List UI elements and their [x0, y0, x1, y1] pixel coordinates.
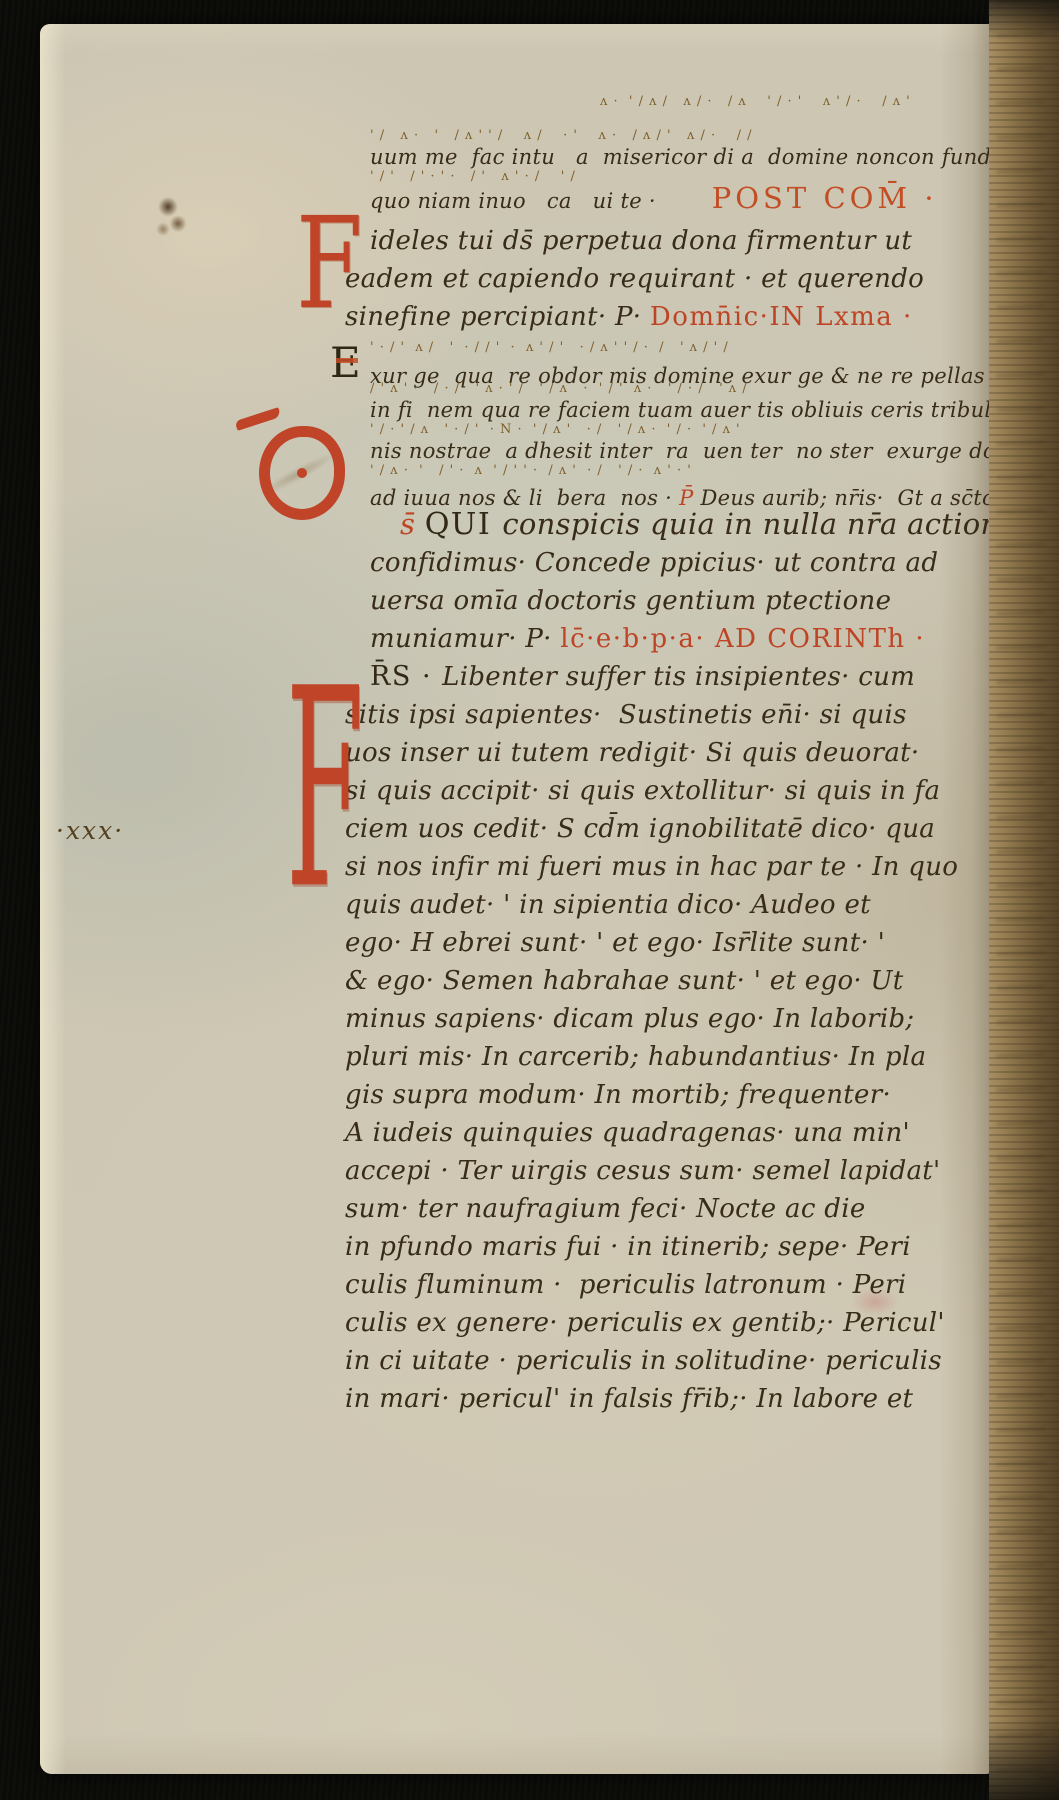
quire-mark: ·xxx· — [56, 816, 124, 845]
prose-line-10: s̄ QUI conspicis quia in nulla nr̄a acti… — [400, 504, 930, 544]
neume-row: / ' ʌ ' · / · / ' ʌ · ' / ' / ʌ · ' / ' … — [370, 381, 930, 398]
manuscript-text: sinefine percipiant· P· — [345, 302, 650, 332]
chant-line-7: / ' ʌ ' · / · / ' ʌ · ' / ' / ʌ · ' / ' … — [370, 381, 930, 422]
manuscript-text: quis audet· ' in sipientia dico· Audeo e… — [345, 890, 871, 920]
manuscript-text: & ego· Semen habrahae sunt· ' et ego· Ut — [345, 966, 903, 996]
manuscript-text: uersa omīa doctoris gentium ptectione — [370, 586, 891, 616]
prose-line-17: si quis accipit· si quis extollitur· si … — [345, 772, 930, 810]
prose-line-21: ego· H ebrei sunt· ' et ego· Isr̄lite su… — [345, 924, 930, 962]
neume-row: ' / ʌ · ' / ' · ʌ ' / ' ' · / ʌ ' · / ' … — [370, 463, 930, 480]
prose-line-5: sinefine percipiant· P· Domn̄ic·IN Lxma … — [345, 298, 930, 336]
manuscript-page: ʌ · ' / ʌ / ʌ / · / ʌ ' / · ' ʌ ' / · / … — [40, 24, 992, 1774]
line-text: ad iuua nos & li bera nos · P̄ Deus auri… — [370, 480, 930, 504]
chant-line-1: ' / ʌ · ' / ʌ ' ' / ʌ / · ' ʌ · / ʌ / ' … — [370, 128, 930, 169]
prose-line-16: uos inser ui tutem redigit· Si quis deuo… — [345, 734, 930, 772]
line-text: culis fluminum · periculis latronum · Pe… — [345, 1266, 930, 1304]
manuscript-text: gis supra modum· In mortib; frequenter· — [345, 1080, 891, 1110]
prose-line-20: quis audet· ' in sipientia dico· Audeo e… — [345, 886, 930, 924]
manuscript-text: in fi nem qua re faciem tuam auer tis ob… — [370, 398, 1033, 422]
prose-line-13: muniamur· P· lc̄·e·b·p·a· AD CORINTh · — [370, 620, 930, 658]
rubric-dominica-in-sexagesima: Domn̄ic·IN Lxma · — [650, 302, 913, 332]
manuscript-text: nis nostrae a dhesit inter ra uen ter no… — [370, 439, 1050, 463]
neume-row: ' / · ' / ʌ ' · / ' · N · ' / ʌ ' · / ' … — [370, 422, 930, 439]
manuscript-text: in pfundo maris fui · in itinerib; sepe·… — [345, 1232, 911, 1262]
line-text: xur ge qua re obdor mis domine exur ge &… — [370, 357, 930, 381]
line-text: gis supra modum· In mortib; frequenter· — [345, 1076, 930, 1114]
prose-line-23: minus sapiens· dicam plus ego· In labori… — [345, 1000, 930, 1038]
rubric-post-communion: POST COM̄ · — [712, 181, 938, 215]
manuscript-text: sum· ter naufragium feci· Nocte ac die — [345, 1194, 866, 1224]
line-text: sinefine percipiant· P· Domn̄ic·IN Lxma … — [345, 298, 930, 336]
prose-line-24: pluri mis· In carcerib; habundantius· In… — [345, 1038, 930, 1076]
line-text: quis audet· ' in sipientia dico· Audeo e… — [345, 886, 930, 924]
manuscript-text: pluri mis· In carcerib; habundantius· In… — [345, 1042, 926, 1072]
line-text: si quis accipit· si quis extollitur· si … — [345, 772, 930, 810]
manuscript-text: quo niam inuo ca ui te · — [370, 189, 656, 213]
manuscript-text: accepi · Ter uirgis cesus sum· semel lap… — [345, 1156, 941, 1186]
manuscript-text: eadem et capiendo requirant · et querend… — [345, 264, 924, 294]
chant-line-9: ' / ʌ · ' / ' · ʌ ' / ' ' · / ʌ ' · / ' … — [370, 463, 930, 504]
line-text: uersa omīa doctoris gentium ptectione — [370, 582, 930, 620]
manuscript-text: conspicis quia in nulla nr̄a actione — [502, 507, 1017, 541]
prose-line-33: in mari· pericul' in falsis fr̄ib;· In l… — [345, 1380, 930, 1418]
manuscript-text: Libenter suffer tis insipientes· cum — [442, 662, 915, 692]
manuscript-text: culis fluminum · periculis latronum · Pe… — [345, 1270, 906, 1300]
line-text: eadem et capiendo requirant · et querend… — [345, 260, 930, 298]
manuscript-text: s̄ — [400, 507, 425, 541]
line-text: accepi · Ter uirgis cesus sum· semel lap… — [345, 1152, 930, 1190]
ink-stain — [148, 190, 198, 246]
prose-line-26: A iudeis quinquies quadragenas· una min' — [345, 1114, 930, 1152]
manuscript-text: A iudeis quinquies quadragenas· una min' — [345, 1118, 910, 1148]
manuscript-text: culis ex genere· periculis ex gentib;· P… — [345, 1308, 945, 1338]
book-fore-edge — [989, 0, 1059, 1800]
chant-line-8: ' / · ' / ʌ ' · / ' · N · ' / ʌ ' · / ' … — [370, 422, 930, 463]
prose-line-18: ciem uos cedit· S cd̄m ignobilitatē dico… — [345, 810, 930, 848]
line-text: culis ex genere· periculis ex gentib;· P… — [345, 1304, 930, 1342]
line-text: pluri mis· In carcerib; habundantius· In… — [345, 1038, 930, 1076]
line-text: ciem uos cedit· S cd̄m ignobilitatē dico… — [345, 810, 930, 848]
prose-line-22: & ego· Semen habrahae sunt· ' et ego· Ut — [345, 962, 930, 1000]
line-text: sitis ipsi sapientes· Sustinetis en̄i· s… — [345, 696, 930, 734]
prose-line-14: R̄S · Libenter suffer tis insipientes· c… — [370, 658, 930, 696]
line-text: nis nostrae a dhesit inter ra uen ter no… — [370, 439, 930, 463]
line-text: R̄S · Libenter suffer tis insipientes· c… — [370, 658, 930, 696]
manuscript-text: uos inser ui tutem redigit· Si quis deuo… — [345, 738, 919, 768]
manuscript-text: ego· H ebrei sunt· ' et ego· Isr̄lite su… — [345, 928, 885, 958]
manuscript-text: ciem uos cedit· S cd̄m ignobilitatē dico… — [345, 814, 935, 844]
chant-line-2: ' / ' / ' · ' · / ' ʌ ' · / ' /quo niam … — [370, 169, 930, 210]
manuscript-text: in mari· pericul' in falsis fr̄ib;· In l… — [345, 1384, 913, 1414]
manuscript-text: R̄S · — [370, 661, 442, 692]
prose-line-11: confidimus· Concede ppicius· ut contra a… — [370, 544, 930, 582]
manuscript-text: ideles tui ds̄ perpetua dona firmentur u… — [370, 226, 912, 256]
prose-line-31: culis ex genere· periculis ex gentib;· P… — [345, 1304, 930, 1342]
line-text: s̄ QUI conspicis quia in nulla nr̄a acti… — [400, 504, 930, 545]
line-text: in fi nem qua re faciem tuam auer tis ob… — [370, 398, 930, 422]
line-text: si nos infir mi fueri mus in hac par te … — [345, 848, 930, 886]
line-text: muniamur· P· lc̄·e·b·p·a· AD CORINTh · — [370, 620, 930, 658]
prose-line-28: sum· ter naufragium feci· Nocte ac die — [345, 1190, 930, 1228]
manuscript-text: si quis accipit· si quis extollitur· si … — [345, 776, 940, 806]
text-block: ' / ʌ · ' / ʌ ' ' / ʌ / · ' ʌ · / ʌ / ' … — [345, 128, 930, 1418]
manuscript-text — [656, 189, 712, 213]
neume-row: ' / ʌ · ' / ʌ ' ' / ʌ / · ' ʌ · / ʌ / ' … — [370, 128, 930, 145]
initial-D-deus — [259, 426, 345, 520]
manuscript-text: confidimus· Concede ppicius· ut contra a… — [370, 548, 938, 578]
manuscript-text: sitis ipsi sapientes· Sustinetis en̄i· s… — [345, 700, 907, 730]
prose-line-30: culis fluminum · periculis latronum · Pe… — [345, 1266, 930, 1304]
line-text: minus sapiens· dicam plus ego· In labori… — [345, 1000, 930, 1038]
manuscript-text: minus sapiens· dicam plus ego· In labori… — [345, 1004, 914, 1034]
line-text: ego· H ebrei sunt· ' et ego· Isr̄lite su… — [345, 924, 930, 962]
prose-line-4: eadem et capiendo requirant · et querend… — [345, 260, 930, 298]
rubric-lectio-ad-corinthios: lc̄·e·b·p·a· AD CORINTh · — [560, 624, 925, 654]
manuscript-text: muniamur· P· — [370, 624, 560, 654]
prose-line-25: gis supra modum· In mortib; frequenter· — [345, 1076, 930, 1114]
line-text: in pfundo maris fui · in itinerib; sepe·… — [345, 1228, 930, 1266]
manuscript-text: QUI — [425, 507, 503, 542]
initial-F-fratres: F — [286, 654, 364, 928]
line-text: uos inser ui tutem redigit· Si quis deuo… — [345, 734, 930, 772]
prose-line-3: ideles tui ds̄ perpetua dona firmentur u… — [370, 222, 930, 260]
manuscript-text: uum me fac intu a misericor di a domine … — [370, 145, 1014, 169]
line-text: sum· ter naufragium feci· Nocte ac die — [345, 1190, 930, 1228]
prose-line-27: accepi · Ter uirgis cesus sum· semel lap… — [345, 1152, 930, 1190]
line-text: ideles tui ds̄ perpetua dona firmentur u… — [370, 222, 930, 260]
manuscript-text: si nos infir mi fueri mus in hac par te … — [345, 852, 958, 882]
line-text: in ci uitate · periculis in solitudine· … — [345, 1342, 930, 1380]
line-text: quo niam inuo ca ui te · POST COM̄ · — [370, 186, 930, 210]
line-text: in mari· pericul' in falsis fr̄ib;· In l… — [345, 1380, 930, 1418]
line-text: & ego· Semen habrahae sunt· ' et ego· Ut — [345, 962, 930, 1000]
initial-F-fideles: F — [296, 200, 363, 327]
line-text: uum me fac intu a misericor di a domine … — [370, 145, 930, 169]
prose-line-15: sitis ipsi sapientes· Sustinetis en̄i· s… — [345, 696, 930, 734]
prose-line-12: uersa omīa doctoris gentium ptectione — [370, 582, 930, 620]
manuscript-text: in ci uitate · periculis in solitudine· … — [345, 1346, 942, 1376]
chant-line-6: ' · / ' ʌ / ' · / / ' · ʌ ' / ' · / ʌ ' … — [370, 340, 930, 381]
neume-row: ʌ · ' / ʌ / ʌ / · / ʌ ' / · ' ʌ ' / · / … — [600, 94, 930, 109]
prose-line-29: in pfundo maris fui · in itinerib; sepe·… — [345, 1228, 930, 1266]
line-text: confidimus· Concede ppicius· ut contra a… — [370, 544, 930, 582]
prose-line-32: in ci uitate · periculis in solitudine· … — [345, 1342, 930, 1380]
neume-row: ' · / ' ʌ / ' · / / ' · ʌ ' / ' · / ʌ ' … — [370, 340, 930, 357]
line-text: A iudeis quinquies quadragenas· una min' — [345, 1114, 930, 1152]
initial-E-exsurge: E — [330, 342, 361, 384]
prose-line-19: si nos infir mi fueri mus in hac par te … — [345, 848, 930, 886]
initial-flourish — [235, 407, 282, 431]
